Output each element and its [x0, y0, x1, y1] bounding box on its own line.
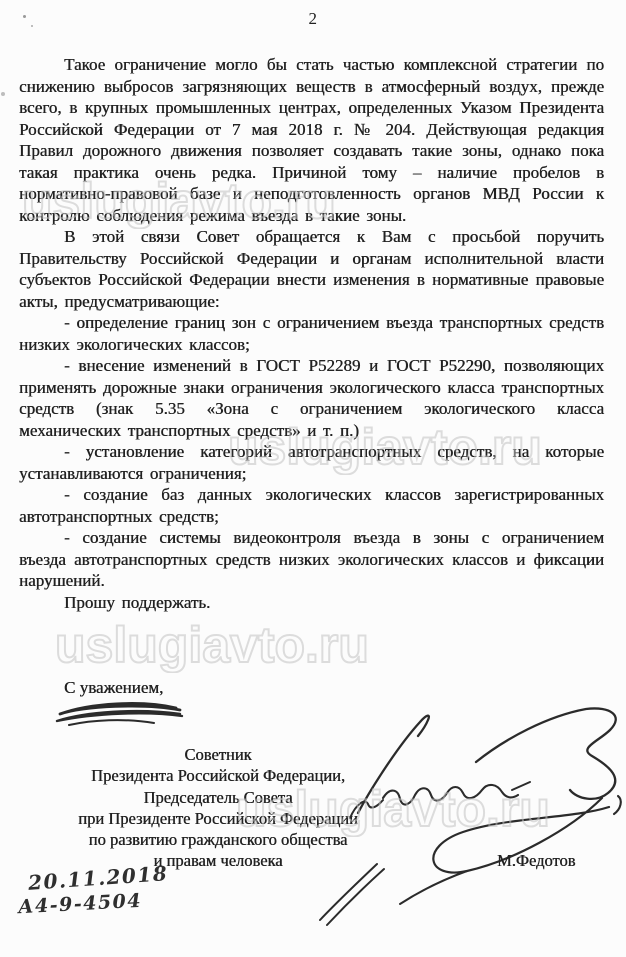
signature-autograph — [240, 698, 626, 930]
list-item-paragraph: - определение границ зон с ограничением … — [19, 312, 604, 355]
list-item-paragraph: - создание системы видеоконтроля въезда … — [19, 527, 604, 592]
watermark-text: uslugiavto.ru — [55, 616, 369, 674]
body-paragraph: Такое ограничение могло бы стать частью … — [19, 54, 604, 226]
body-paragraph: В этой связи Совет обращается к Вам с пр… — [19, 226, 604, 312]
signer-name: М.Федотов — [497, 851, 575, 871]
letter-body: Такое ограничение могло бы стать частью … — [19, 54, 604, 613]
page-number: 2 — [0, 9, 626, 29]
scanned-letter-page: { "page": { "number": "2" }, "watermark"… — [0, 0, 626, 957]
list-item-paragraph: - создание баз данных экологических клас… — [19, 484, 604, 527]
list-item-paragraph: - внесение изменений в ГОСТ Р52289 и ГОС… — [19, 355, 604, 441]
handwritten-flourish — [52, 697, 187, 731]
closing-salutation: С уважением, — [64, 678, 163, 698]
list-item-paragraph: - установление категорий автотранспортны… — [19, 441, 604, 484]
scan-speck — [1, 92, 5, 96]
body-paragraph: Прошу поддержать. — [19, 592, 604, 614]
